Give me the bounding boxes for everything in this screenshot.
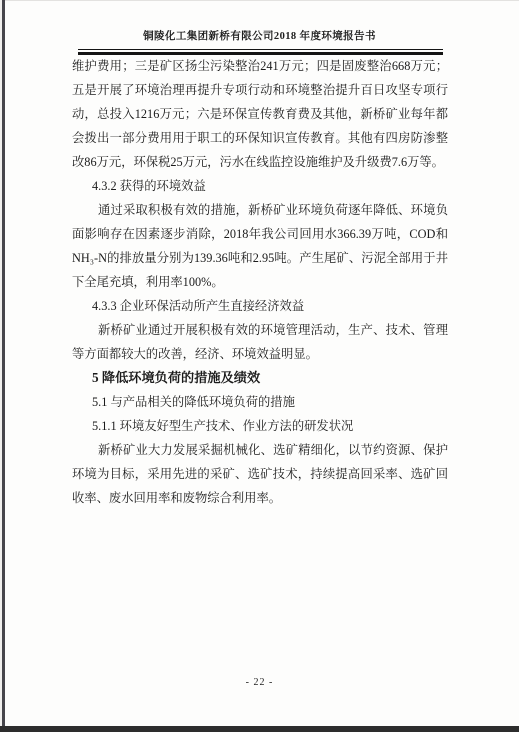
section-heading: 4.3.3 企业环保活动所产生直接经济效益 — [72, 294, 448, 318]
paragraph-line: NH₃-N的排放量分别为139.36吨和2.95吨。产生尾矿、污泥全部用于井 — [72, 246, 448, 270]
section-heading: 5.1 与产品相关的降低环境负荷的措施 — [72, 390, 448, 414]
paragraph-line: 维护费用；三是矿区扬尘污染整治241万元；四是固废整治668万元； — [72, 54, 448, 78]
paragraph-line: 会拨出一部分费用用于职工的环保知识宣传教育。其他有四房防渗整 — [72, 126, 448, 150]
section-heading: 5 降低环境负荷的措施及绩效 — [72, 366, 448, 390]
scan-left-edge-line — [2, 0, 5, 732]
paragraph-line: 动，总投入1216万元；六是环保宣传教育费及其他，新桥矿业每年都 — [72, 102, 448, 126]
scanned-document-page: 铜陵化工集团新桥有限公司2018 年度环境报告书 维护费用；三是矿区扬尘污染整治… — [0, 0, 519, 732]
paragraph-line: 新桥矿业通过开展积极有效的环境管理活动，生产、技术、管理 — [72, 318, 448, 342]
paragraph-line: 改86万元，环保税25万元，污水在线监控设施维护及升级费7.6万等。 — [72, 150, 448, 174]
paragraph-line: 面影响存在因素逐步消除，2018年我公司回用水366.39万吨，COD和 — [72, 222, 448, 246]
paragraph-line: 环境为目标，采用先进的采矿、选矿技术，持续提高回采率、选矿回 — [72, 462, 448, 486]
page-header-title: 铜陵化工集团新桥有限公司2018 年度环境报告书 — [0, 30, 519, 44]
scan-bottom-edge — [0, 726, 519, 732]
page-number: - 22 - — [0, 677, 519, 689]
paragraph-line: 收率、废水回用率和废物综合利用率。 — [72, 486, 448, 510]
paragraph-line: 等方面都较大的改善，经济、环境效益明显。 — [72, 342, 448, 366]
section-heading: 4.3.2 获得的环境效益 — [72, 174, 448, 198]
section-heading: 5.1.1 环境友好型生产技术、作业方法的研发状况 — [72, 414, 448, 438]
scan-top-edge — [0, 0, 519, 1]
paragraph-line: 通过采取积极有效的措施，新桥矿业环境负荷逐年降低、环境负 — [72, 198, 448, 222]
paragraph-line: 新桥矿业大力发展采掘机械化、选矿精细化，以节约资源、保护 — [72, 438, 448, 462]
paragraph-line: 五是开展了环境治理再提升专项行动和环境整治提升百日攻坚专项行 — [72, 78, 448, 102]
paragraph-line: 下全尾充填，利用率100%。 — [72, 270, 448, 294]
document-lines: 维护费用；三是矿区扬尘污染整治241万元；四是固废整治668万元；五是开展了环境… — [72, 54, 448, 510]
